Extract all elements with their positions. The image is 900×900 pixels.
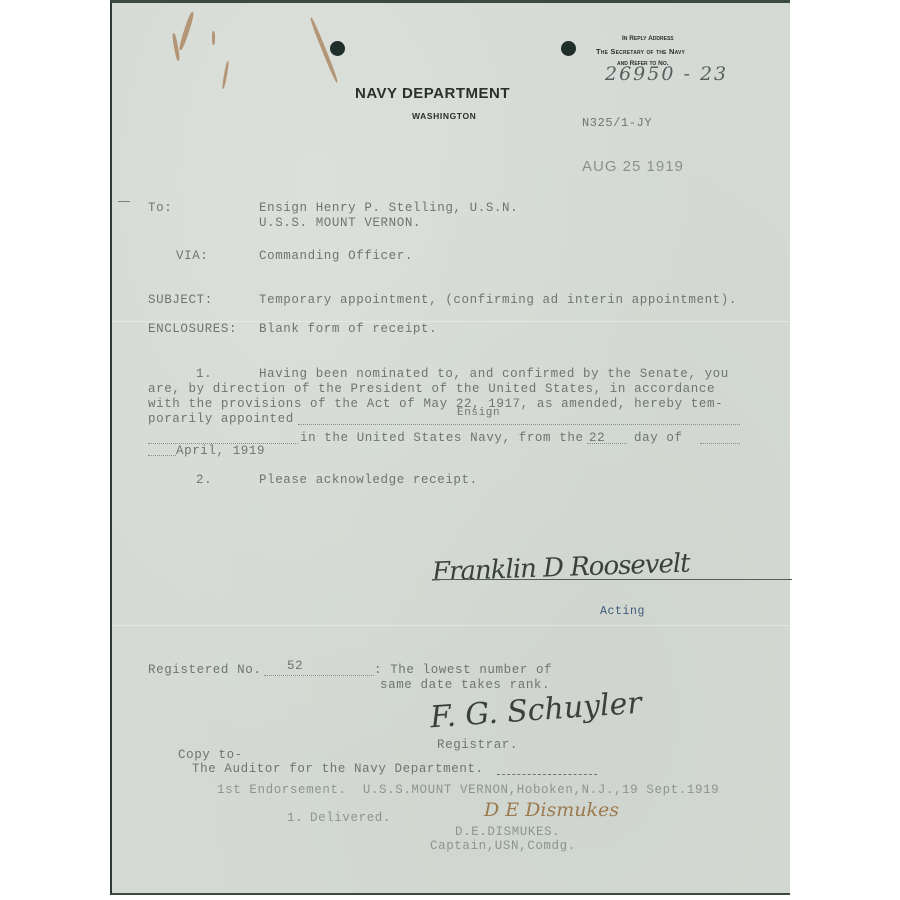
para1-number: 1.	[196, 367, 212, 381]
endorsement-line: 1st Endorsement. U.S.S.MOUNT VERNON,Hobo…	[217, 783, 719, 797]
endorsement-name: D.E.DISMUKES.	[455, 825, 560, 839]
registrar-title: Registrar.	[437, 738, 518, 752]
para1-line4: porarily appointed	[148, 412, 294, 426]
endorsement-rank: Captain,USN,Comdg.	[430, 839, 576, 853]
date-fill: April, 1919	[176, 444, 265, 458]
signature-title: Acting	[600, 605, 645, 618]
recipient-name: Ensign Henry P. Stelling, U.S.N.	[259, 201, 518, 215]
para2-text: Please acknowledge receipt.	[259, 473, 478, 487]
registered-number: 52	[287, 659, 303, 673]
roosevelt-signature: Franklin D Roosevelt	[432, 549, 691, 588]
para1-line3: with the provisions of the Act of May 22…	[148, 397, 723, 411]
fill-line	[700, 443, 740, 444]
recipient-ship: U.S.S. MOUNT VERNON.	[259, 216, 421, 230]
subject-label: SUBJECT:	[148, 293, 213, 307]
enclosures-label: ENCLOSURES:	[148, 322, 237, 336]
punch-hole	[561, 41, 576, 56]
copy-to-label: Copy to-	[178, 748, 243, 762]
rank-note-line1: : The lowest number of	[374, 663, 552, 677]
signature-stroke	[432, 579, 792, 580]
para1-line5: in the United States Navy, from the	[300, 431, 584, 445]
fill-line	[587, 443, 627, 444]
margin-dash	[118, 201, 130, 202]
registrar-signature: F. G. Schuyler	[429, 686, 643, 736]
rust-stain	[212, 31, 215, 45]
subject-value: Temporary appointment, (confirming ad in…	[259, 293, 737, 307]
copy-recipient: The Auditor for the Navy Department.	[192, 762, 484, 776]
fill-line	[264, 675, 374, 676]
rust-stain	[222, 61, 230, 89]
dismukes-signature: D E Dismukes	[484, 799, 619, 821]
rust-stain	[178, 11, 195, 51]
letterhead-title: NAVY DEPARTMENT	[355, 85, 510, 102]
letterhead-city: WASHINGTON	[412, 111, 476, 121]
reply-address-line2: The Secretary of the Navy	[596, 47, 685, 56]
para1-line1: Having been nominated to, and confirmed …	[259, 367, 729, 381]
endorsement-item-text: Delivered.	[310, 811, 391, 825]
dashed-line	[497, 774, 597, 775]
day-of-text: day of	[634, 431, 683, 445]
letter-page: NAVY DEPARTMENT WASHINGTON In Reply Addr…	[110, 0, 790, 895]
reply-address-line1: In Reply Address	[622, 35, 674, 42]
rank-fill: Ensign	[457, 407, 500, 419]
file-code: N325/1-JY	[582, 116, 652, 130]
registered-label: Registered No.	[148, 663, 261, 677]
fill-line	[148, 455, 176, 456]
via-label: VIA:	[176, 249, 208, 263]
file-number-handwritten: 26950 - 23	[605, 63, 728, 85]
punch-hole	[330, 41, 345, 56]
para1-line2: are, by direction of the President of th…	[148, 382, 715, 396]
date-stamp: AUG 25 1919	[582, 158, 684, 175]
via-value: Commanding Officer.	[259, 249, 413, 263]
para2-number: 2.	[196, 473, 212, 487]
to-label: To:	[148, 201, 172, 215]
fill-line	[298, 424, 740, 425]
enclosures-value: Blank form of receipt.	[259, 322, 437, 336]
fold-line	[112, 625, 790, 626]
rank-note-line2: same date takes rank.	[380, 678, 550, 692]
endorsement-item-number: 1.	[287, 811, 303, 825]
